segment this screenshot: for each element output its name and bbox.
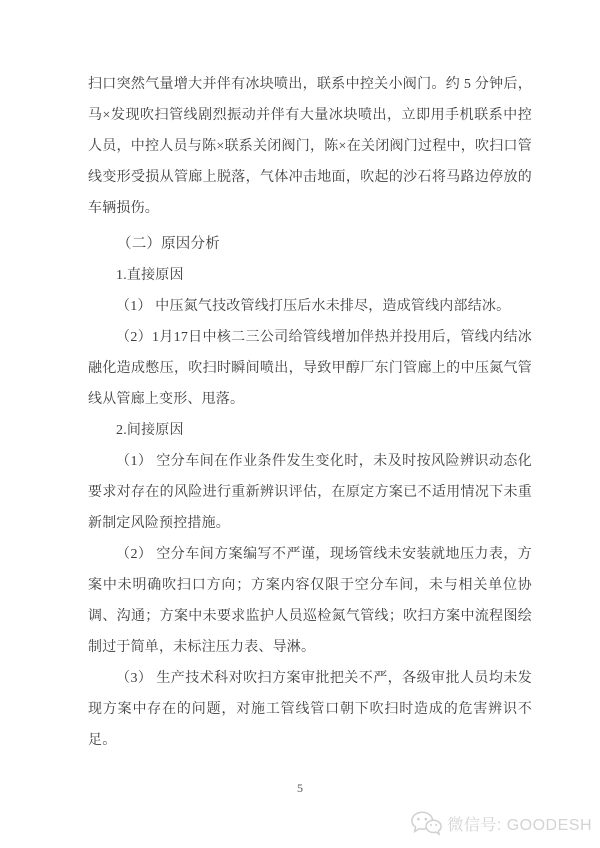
list-item-indirect-cause-3: （3） 生产技术科对吹扫方案审批把关不严，各级审批人员均未发现方案中存在的问题，… bbox=[88, 663, 532, 756]
subsection-heading-direct-causes: 1.直接原因 bbox=[88, 260, 532, 291]
paragraph-continuation: 扫口突然气量增大并伴有冰块喷出，联系中控关小阀门。约 5 分钟后，马×发现吹扫管… bbox=[88, 69, 532, 224]
document-page: 扫口突然气量增大并伴有冰块喷出，联系中控关小阀门。约 5 分钟后，马×发现吹扫管… bbox=[0, 0, 600, 848]
list-item-indirect-cause-1: （1） 空分车间在作业条件发生变化时，未及时按风险辨识动态化要求对存在的风险进行… bbox=[88, 446, 532, 539]
document-body: 扫口突然气量增大并伴有冰块喷出，联系中控关小阀门。约 5 分钟后，马×发现吹扫管… bbox=[88, 69, 532, 756]
list-item-indirect-cause-2: （2） 空分车间方案编写不严谨，现场管线未安装就地压力表，方案中未明确吹扫口方向… bbox=[88, 539, 532, 663]
section-heading-cause-analysis: （二）原因分析 bbox=[88, 229, 532, 260]
list-item-direct-cause-2: （2）1月17日中核二三公司给管线增加伴热并投用后，管线内结冰融化造成憋压，吹扫… bbox=[88, 322, 532, 415]
subsection-heading-indirect-causes: 2.间接原因 bbox=[88, 415, 532, 446]
page-number: 5 bbox=[0, 781, 600, 796]
watermark-text: 微信号: GOODESH bbox=[447, 812, 592, 835]
list-item-direct-cause-1: （1） 中压氮气技改管线打压后水未排尽，造成管线内部结冰。 bbox=[88, 291, 532, 322]
wechat-watermark: 微信号: GOODESH bbox=[410, 810, 592, 837]
wechat-icon bbox=[410, 810, 442, 837]
